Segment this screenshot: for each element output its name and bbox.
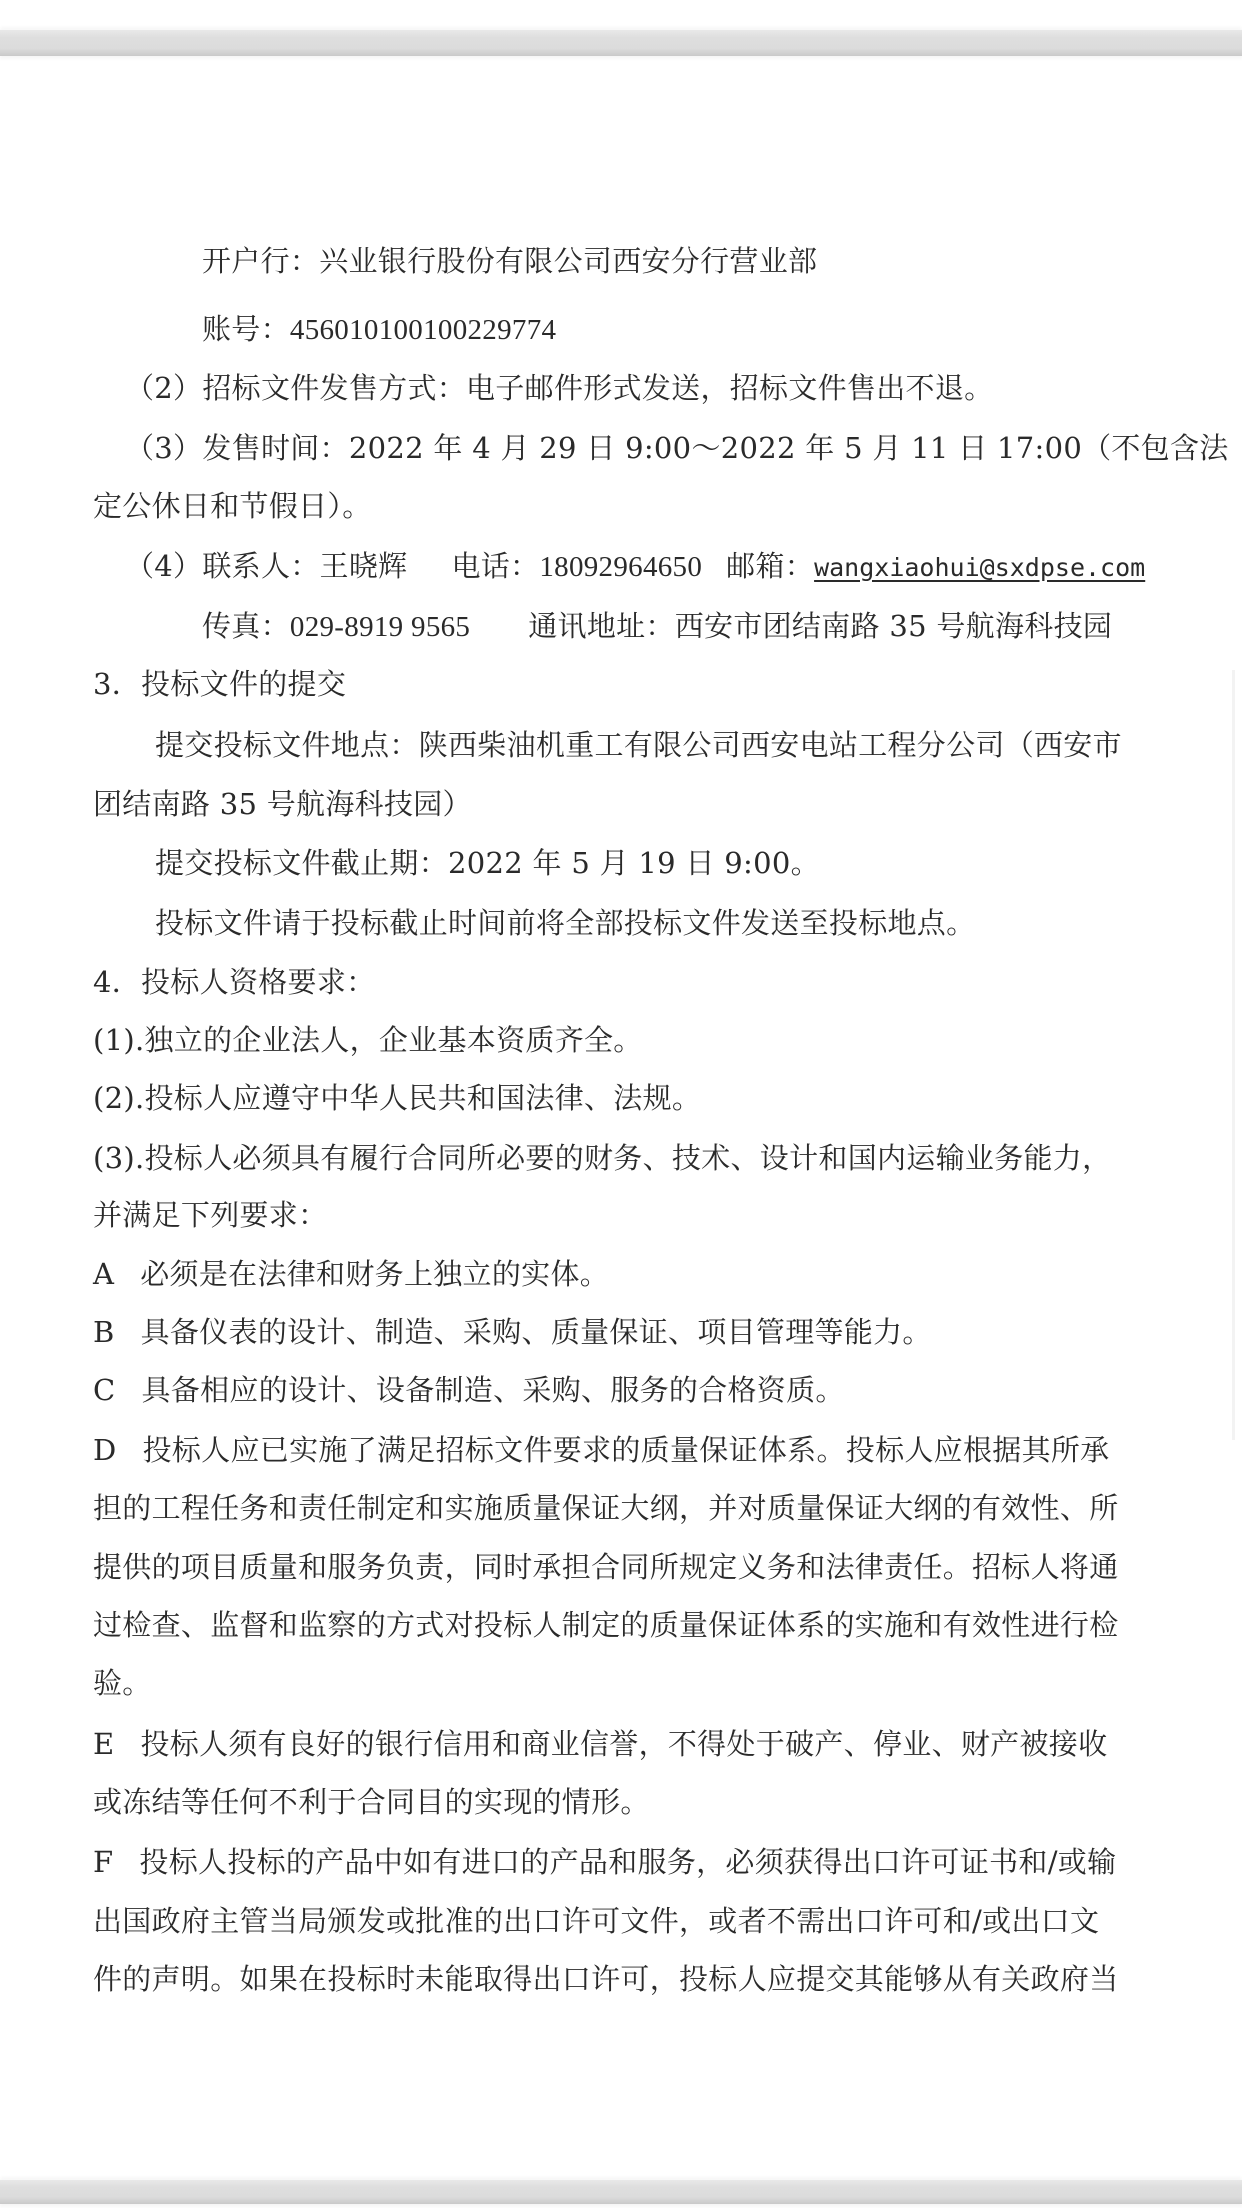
qualification-item-3-line-2: 并满足下列要求： [93,1197,327,1233]
requirement-a: A必须是在法律和财务上独立的实体。 [93,1256,609,1292]
bottom-viewer-bar [0,2180,1242,2204]
requirement-f-line-2: 出国政府主管当局颁发或批准的出口许可文件，或者不需出口许可和/或出口文 [93,1903,1099,1939]
requirement-text: 投标人应已实施了满足招标文件要求的质量保证体系。投标人应根据其所承 [143,1433,1110,1467]
requirement-letter: C [93,1373,116,1407]
address-value: 西安市团结南路 35 号航海科技园 [675,609,1112,643]
sale-time-line-1: （3）发售时间：2022 年 4 月 29 日 9:00～2022 年 5 月 … [125,430,1229,466]
requirement-d-line-2: 担的工程任务和责任制定和实施质量保证大纲，并对质量保证大纲的有效性、所 [93,1490,1119,1526]
document-page: 开户行：兴业银行股份有限公司西安分行营业部 账号：456010100100229… [0,0,1242,2208]
requirement-e-line-2: 或冻结等任何不利于合同目的实现的情形。 [93,1784,650,1820]
phone-label: 电话： [451,549,539,583]
sale-time-line-2: 定公休日和节假日）。 [93,488,372,524]
account-line: 账号：456010100100229774 [202,311,556,348]
requirement-letter: B [93,1315,115,1349]
account-number: 456010100100229774 [290,314,556,346]
requirement-d-line-4: 过检查、监督和监察的方式对投标人制定的质量保证体系的实施和有效性进行检 [93,1607,1119,1643]
submission-location-line-1: 提交投标文件地点：陕西柴油机重工有限公司西安电站工程分公司（西安市 [155,727,1122,763]
submission-deadline: 提交投标文件截止期：2022 年 5 月 19 日 9:00。 [155,845,820,881]
submission-instruction: 投标文件请于投标截止时间前将全部投标文件发送至投标地点。 [155,905,975,941]
requirement-text: 投标人投标的产品中如有进口的产品和服务，必须获得出口许可证书和/或输 [139,1845,1116,1879]
email-link[interactable]: wangxiaohui@sxdpse.com [814,553,1145,582]
sale-method-line: （2）招标文件发售方式：电子邮件形式发送，招标文件售出不退。 [125,370,993,406]
bank-line: 开户行：兴业银行股份有限公司西安分行营业部 [202,243,817,279]
requirement-text: 投标人须有良好的银行信用和商业信誉，不得处于破产、停业、财产被接收 [140,1727,1107,1761]
fax-label: 传真： [202,609,290,643]
address-label: 通讯地址： [528,609,675,643]
bank-label: 开户行： [202,244,319,278]
requirement-f: F投标人投标的产品中如有进口的产品和服务，必须获得出口许可证书和/或输 [93,1844,1116,1880]
requirement-letter: F [93,1845,113,1879]
contact-person: （4）联系人：王晓辉 [125,549,407,583]
qualification-item-2: (2).投标人应遵守中华人民共和国法律、法规。 [93,1080,701,1116]
requirement-text: 必须是在法律和财务上独立的实体。 [140,1257,609,1291]
requirement-letter: D [93,1433,117,1467]
fax-number: 029-8919 9565 [290,611,470,643]
phone-number: 18092964650 [539,551,702,583]
requirement-letter: E [93,1727,114,1761]
requirement-text: 具备仪表的设计、制造、采购、质量保证、项目管理等能力。 [141,1315,932,1349]
account-label: 账号： [202,312,290,346]
requirement-e: E投标人须有良好的银行信用和商业信誉，不得处于破产、停业、财产被接收 [93,1726,1107,1762]
requirement-b: B具备仪表的设计、制造、采购、质量保证、项目管理等能力。 [93,1314,932,1350]
section-4-heading: 4．投标人资格要求： [93,964,375,1000]
requirement-d: D投标人应已实施了满足招标文件要求的质量保证体系。投标人应根据其所承 [93,1432,1109,1468]
submission-location-line-2: 团结南路 35 号航海科技园） [93,786,472,822]
requirement-text: 具备相应的设计、设备制造、采购、服务的合格资质。 [142,1373,845,1407]
requirement-f-line-3: 件的声明。如果在投标时未能取得出口许可，投标人应提交其能够从有关政府当 [93,1961,1119,1997]
requirement-d-line-3: 提供的项目质量和服务负责，同时承担合同所规定义务和法律责任。招标人将通 [93,1549,1119,1585]
requirement-letter: A [93,1257,114,1291]
qualification-item-3-line-1: (3).投标人必须具有履行合同所必要的财务、技术、设计和国内运输业务能力， [93,1140,1111,1176]
qualification-item-1: (1).独立的企业法人，企业基本资质齐全。 [93,1022,643,1058]
fax-address-line: 传真：029-8919 9565通讯地址：西安市团结南路 35 号航海科技园 [202,608,1112,645]
section-3-heading: 3．投标文件的提交 [93,666,346,702]
contact-line: （4）联系人：王晓辉电话：18092964650邮箱：wangxiaohui@s… [125,548,1145,586]
email-label: 邮箱： [726,549,814,583]
requirement-c: C具备相应的设计、设备制造、采购、服务的合格资质。 [93,1372,845,1408]
requirement-d-line-5: 验。 [93,1665,152,1701]
bank-name: 兴业银行股份有限公司西安分行营业部 [319,244,817,278]
